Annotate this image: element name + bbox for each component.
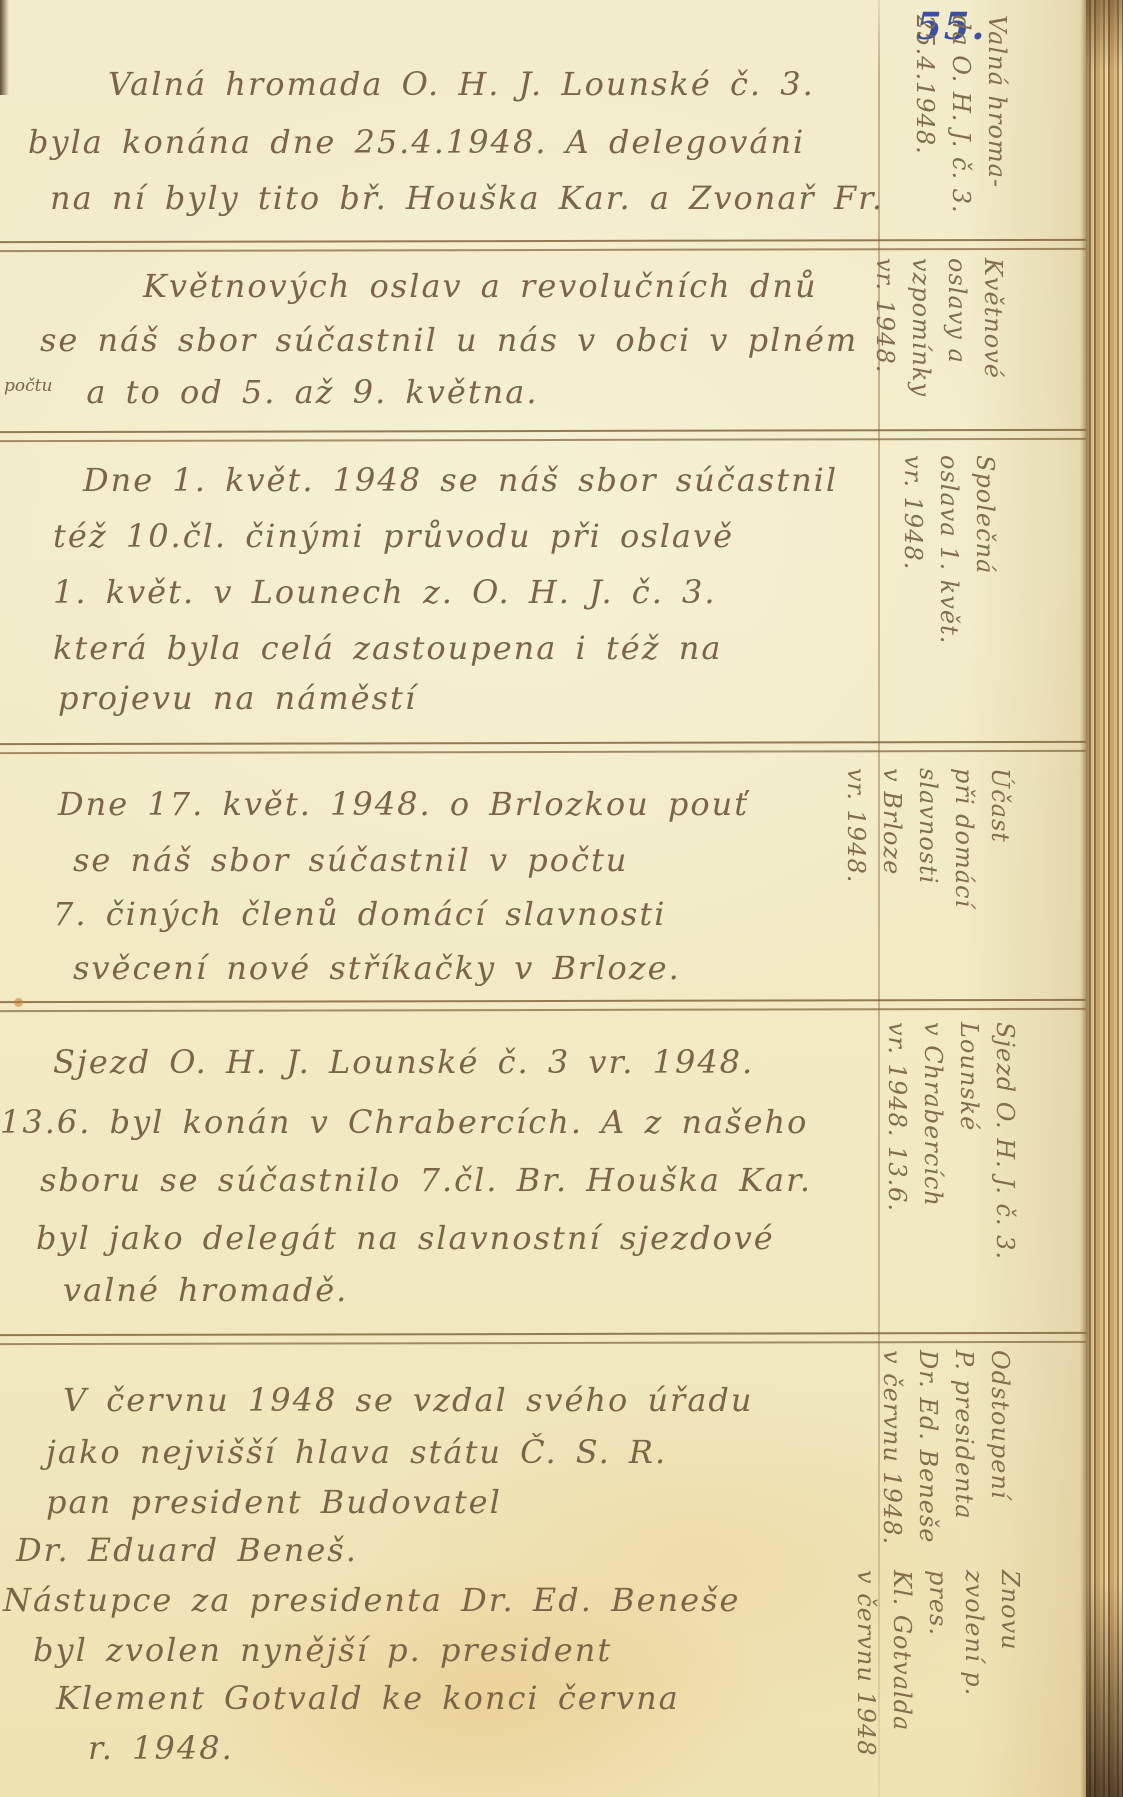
- margin-note-line: 25.4.1948.: [907, 15, 943, 250]
- margin-note-line: vr. 1948. 13.6.: [879, 1022, 915, 1332]
- margin-note-line: Společná: [967, 455, 1003, 745]
- entry-line: projevu na náměstí: [58, 676, 838, 720]
- entry-line: byla konána dne 25.4.1948. A delegováni: [28, 120, 884, 164]
- entry-line: valné hromadě.: [63, 1268, 812, 1312]
- entry-line: svěcení nové stříkačky v Brloze.: [73, 946, 749, 990]
- margin-note-line: v červnu 1948.: [874, 1350, 910, 1565]
- entry-line: 7. činých členů domácí slavnosti: [53, 892, 749, 936]
- margin-note-line: Dr. Ed. Beneše: [910, 1350, 946, 1565]
- entry-line: Sjezd O. H. J. Lounské č. 3 vr. 1948.: [53, 1040, 812, 1084]
- margin-note-line: v červnu 1948: [848, 1570, 884, 1797]
- margin-note: Účast při domácí slavnosti v Brloze vr. …: [838, 768, 1018, 1003]
- margin-note-line: P. presidenta: [946, 1350, 982, 1565]
- entry-line: na ní byly tito bř. Houška Kar. a Zvonař…: [50, 176, 884, 220]
- inserted-word: počtu: [4, 376, 52, 396]
- entry-line: 1. květ. v Lounech z. O. H. J. č. 3.: [53, 570, 838, 614]
- entry-line: Květnových oslav a revolučních dnů: [143, 264, 858, 308]
- margin-note: Květnové oslavy a vzpomínky vr. 1948.: [867, 258, 1011, 428]
- entry-valna-hromada: Valná hromada O. H. J. Lounské č. 3. byl…: [28, 62, 884, 220]
- entry-line: byl zvolen nynější p. president: [33, 1628, 754, 1672]
- entry-line: pan president Budovatel: [46, 1480, 754, 1524]
- entry-kvetnove-oslavy: Květnových oslav a revolučních dnů se ná…: [28, 264, 858, 420]
- entry-line: byl jako delegát na slavnostní sjezdové: [36, 1216, 812, 1260]
- entry-line: Klement Gotvald ke konci června: [56, 1676, 754, 1720]
- margin-note-line: Kl. Gotvalda: [884, 1570, 920, 1797]
- entry-line: 13.6. byl konán v Chrabercích. A z našeh…: [0, 1100, 812, 1144]
- margin-note: Sjezd O. H. J. č. 3. Lounské v Chrabercí…: [879, 1022, 1023, 1332]
- margin-note-line: Účast: [982, 768, 1018, 1003]
- entry-line: též 10.čl. činými průvodu při oslavě: [53, 514, 838, 558]
- margin-note-line: vzpomínky: [903, 258, 939, 428]
- entry-line: r. 1948.: [88, 1726, 754, 1770]
- margin-note-line: vr. 1948.: [838, 768, 874, 1003]
- entry-line: jako nejvišší hlava státu Č. S. R.: [46, 1430, 754, 1474]
- margin-note-line: zvolení p.: [956, 1570, 992, 1797]
- entry-line: která byla celá zastoupena i též na: [53, 626, 838, 670]
- margin-note-line: Znovu: [992, 1570, 1028, 1797]
- entry-line: V červnu 1948 se vzdal svého úřadu: [63, 1378, 754, 1422]
- entry-line: Valná hromada O. H. J. Lounské č. 3.: [108, 62, 884, 106]
- scan-corner-artifact: [0, 0, 9, 95]
- margin-note-line: Sjezd O. H. J. č. 3.: [987, 1022, 1023, 1332]
- entry-line: počtua to od 5. až 9. května.: [4, 370, 858, 420]
- margin-note-line: v Brloze: [874, 768, 910, 1003]
- chronicle-page: 55. Valná hromada O. H. J. Lounské č. 3.…: [0, 0, 1123, 1797]
- entry-line: sboru se súčastnilo 7.čl. Br. Houška Kar…: [40, 1158, 812, 1202]
- margin-note-line: oslava 1. květ.: [931, 455, 967, 745]
- entry-line: Dne 1. květ. 1948 se náš sbor súčastnil: [83, 458, 838, 502]
- margin-note-line: Lounské: [951, 1022, 987, 1332]
- margin-note: Společná oslava 1. květ. vr. 1948.: [895, 455, 1003, 745]
- entry-line: se náš sbor súčastnil u nás v obci v pln…: [40, 318, 858, 362]
- ink-stain: [14, 998, 23, 1007]
- margin-note-line: pres.: [920, 1570, 956, 1797]
- margin-note-line: slavnosti: [910, 768, 946, 1003]
- book-binding-edge: [1086, 0, 1123, 1797]
- margin-note-line: Odstoupení: [982, 1350, 1018, 1565]
- entry-slavnost-v-brloze: Dne 17. květ. 1948. o Brlozkou pouť se n…: [28, 782, 749, 990]
- entry-oslava-1-kvetna: Dne 1. květ. 1948 se náš sbor súčastnil …: [28, 458, 838, 720]
- margin-note-line: da O. H. J. č. 3.: [943, 15, 979, 250]
- margin-note-line: vr. 1948.: [867, 258, 903, 428]
- margin-note: Valná hroma- da O. H. J. č. 3. 25.4.1948…: [907, 15, 1015, 250]
- entry-odstoupeni-benese: V červnu 1948 se vzdal svého úřadu jako …: [28, 1378, 754, 1770]
- entry-sjezd-v-chrabercich: Sjezd O. H. J. Lounské č. 3 vr. 1948. 13…: [28, 1040, 812, 1312]
- margin-note: Znovu zvolení p. pres. Kl. Gotvalda v če…: [848, 1570, 1028, 1797]
- margin-note: Odstoupení P. presidenta Dr. Ed. Beneše …: [874, 1350, 1018, 1565]
- margin-note-line: Květnové: [975, 258, 1011, 428]
- entry-line: Nástupce za presidenta Dr. Ed. Beneše: [3, 1578, 754, 1622]
- entry-line: Dne 17. květ. 1948. o Brlozkou pouť: [58, 782, 749, 826]
- entry-line-text: a to od 5. až 9. května.: [86, 373, 538, 411]
- entry-line: Dr. Eduard Beneš.: [16, 1528, 754, 1572]
- section-divider: [0, 429, 1086, 442]
- margin-note-line: v Chrabercích: [915, 1022, 951, 1332]
- margin-note-line: vr. 1948.: [895, 455, 931, 745]
- margin-note-line: Valná hroma-: [979, 15, 1015, 250]
- section-divider: [0, 1332, 1086, 1345]
- entry-line: se náš sbor súčastnil v počtu: [73, 838, 749, 882]
- margin-note-line: při domácí: [946, 768, 982, 1003]
- margin-note-line: oslavy a: [939, 258, 975, 428]
